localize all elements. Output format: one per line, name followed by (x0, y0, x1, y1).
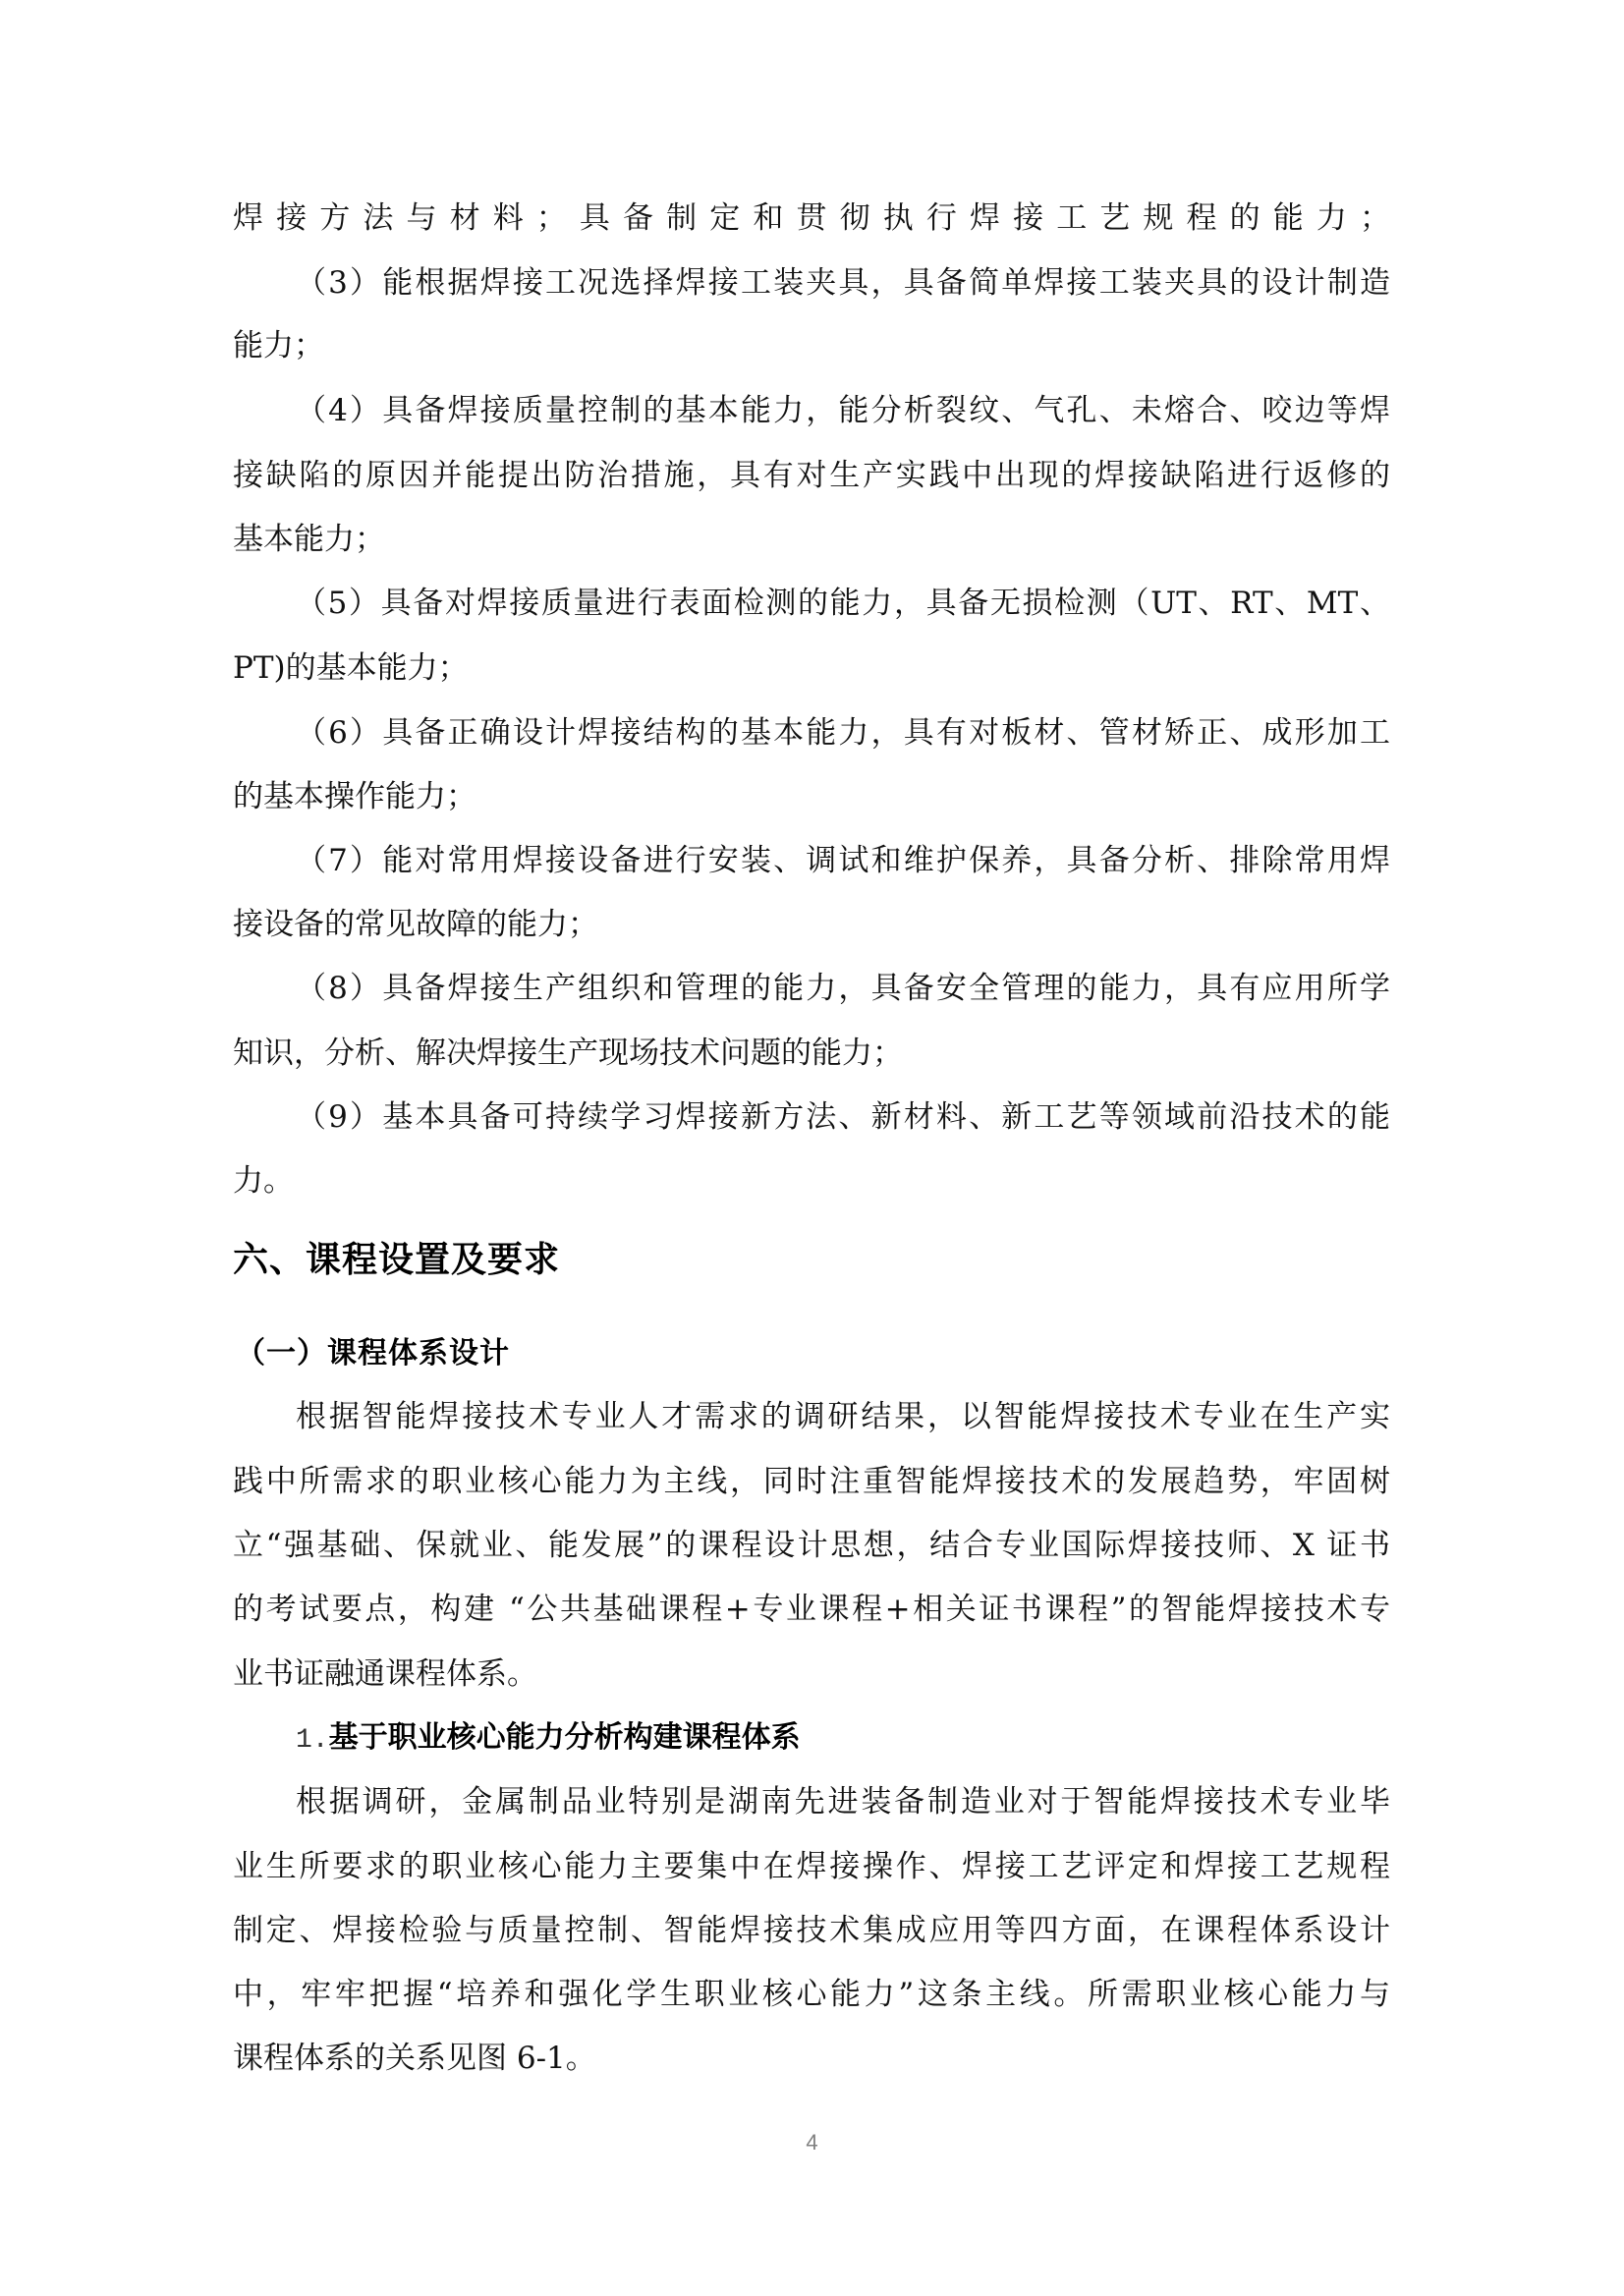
list-item-6-line-1: （6）具备正确设计焊接结构的基本能力，具有对板材、管材矫正、成形加工 (296, 711, 1390, 755)
paragraph-1-line-1: 根据智能焊接技术专业人才需求的调研结果，以智能焊接技术专业在生产实 (296, 1395, 1390, 1438)
paragraph-2-line-4: 中，牢牢把握“培养和强化学生职业核心能力”这条主线。所需职业核心能力与 (233, 1973, 1390, 2016)
subsection-heading: （一）课程体系设计 (236, 1332, 510, 1375)
section-heading: 六、课程设置及要求 (233, 1236, 560, 1285)
paragraph-2-line-2: 业生所要求的职业核心能力主要集中在焊接操作、焊接工艺评定和焊接工艺规程 (233, 1845, 1390, 1888)
paragraph-2-line-1: 根据调研，金属制品业特别是湖南先进装备制造业对于智能焊接技术专业毕 (296, 1780, 1390, 1823)
list-item-9-line-2: 力。 (233, 1159, 1390, 1203)
list-item-8-line-1: （8）具备焊接生产组织和管理的能力，具备安全管理的能力，具有应用所学 (296, 967, 1390, 1010)
list-item-7-line-2: 接设备的常见故障的能力； (233, 903, 1390, 946)
document-page: 焊接方法与材料；具备制定和贯彻执行焊接工艺规程的能力； （3）能根据焊接工况选择… (0, 0, 1624, 2296)
page-number: 4 (0, 2130, 1624, 2156)
paragraph-2-line-5: 课程体系的关系见图 6-1。 (233, 2037, 1390, 2080)
list-item-5-line-1: （5）具备对焊接质量进行表面检测的能力，具备无损检测（UT、RT、MT、 (296, 582, 1390, 625)
list-item-3-line-2: 能力； (233, 324, 1390, 367)
paragraph-2-line-3: 制定、焊接检验与质量控制、智能焊接技术集成应用等四方面，在课程体系设计 (233, 1909, 1390, 1952)
numbered-heading: 1.基于职业核心能力分析构建课程体系 (296, 1716, 801, 1760)
numbered-heading-number: 1. (296, 1725, 329, 1756)
paragraph-1-line-4: 的考试要点，构建 “公共基础课程+专业课程+相关证书课程”的智能焊接技术专 (233, 1588, 1390, 1631)
list-item-3-line-1: （3）能根据焊接工况选择焊接工装夹具，具备简单焊接工装夹具的设计制造 (296, 261, 1390, 305)
list-item-6-line-2: 的基本操作能力； (233, 775, 1390, 818)
paragraph-1-line-5: 业书证融通课程体系。 (233, 1652, 1390, 1696)
list-item-9-line-1: （9）基本具备可持续学习焊接新方法、新材料、新工艺等领域前沿技术的能 (296, 1095, 1390, 1139)
list-item-2-line-1: 焊接方法与材料；具备制定和贯彻执行焊接工艺规程的能力； (233, 196, 1390, 240)
paragraph-1-line-2: 践中所需求的职业核心能力为主线，同时注重智能焊接技术的发展趋势，牢固树 (233, 1460, 1390, 1503)
list-item-5-line-2: PT)的基本能力； (233, 646, 1390, 690)
list-item-4-line-3: 基本能力； (233, 518, 1390, 561)
list-item-7-line-1: （7）能对常用焊接设备进行安装、调试和维护保养，具备分析、排除常用焊 (296, 839, 1390, 882)
numbered-heading-text: 基于职业核心能力分析构建课程体系 (329, 1720, 801, 1755)
paragraph-1-line-3: 立“强基础、保就业、能发展”的课程设计思想，结合专业国际焊接技师、X 证书 (233, 1524, 1390, 1567)
list-item-4-line-1: （4）具备焊接质量控制的基本能力，能分析裂纹、气孔、未熔合、咬边等焊 (296, 389, 1390, 432)
list-item-8-line-2: 知识，分析、解决焊接生产现场技术问题的能力； (233, 1032, 1390, 1075)
list-item-4-line-2: 接缺陷的原因并能提出防治措施，具有对生产实践中出现的焊接缺陷进行返修的 (233, 454, 1390, 497)
